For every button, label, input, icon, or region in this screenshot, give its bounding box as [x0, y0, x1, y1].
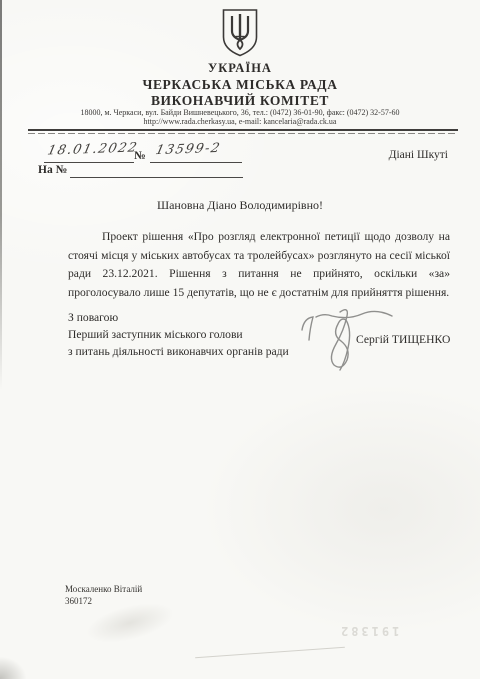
signer-title-line2: з питань діяльності виконавчих органів р…: [68, 345, 289, 359]
number-sign-label: №: [134, 150, 146, 162]
executor-phone: 360172: [65, 596, 92, 606]
letter-body-paragraph: Проект рішення «Про розгляд електронної …: [68, 228, 450, 302]
reply-to-label: На №: [38, 164, 67, 176]
closing-block: З повагою Перший заступник міського голо…: [68, 311, 289, 362]
stamp-bleedthrough-number: 191382: [338, 624, 399, 638]
signer-title-line1: Перший заступник міського голови: [68, 328, 289, 342]
letterhead-divider-dashed-line: [28, 133, 458, 134]
reply-to-blank-line: [70, 177, 243, 178]
recipient-name: Діані Шкуті: [389, 149, 448, 161]
department-name: ВИКОНАВЧИЙ КОМІТЕТ: [0, 93, 480, 109]
scanned-letter-page: УКРАЇНА ЧЕРКАСЬКА МІСЬКА РАДА ВИКОНАВЧИЙ…: [0, 0, 480, 679]
scan-edge-shadow-left: [0, 0, 2, 390]
scan-scratch-line: [195, 647, 345, 658]
scan-smudge: [82, 596, 178, 651]
scan-corner-shadow: [0, 657, 26, 679]
country-name: УКРАЇНА: [0, 61, 480, 76]
outgoing-number-field: 13599-2: [150, 142, 242, 163]
salutation: Шановна Діано Володимирівно!: [0, 198, 480, 213]
handwritten-date: 18.01.2022: [46, 140, 139, 158]
letterhead-address: 18000, м. Черкаси, вул. Байди Вишневецьк…: [0, 108, 480, 117]
tryzub-coat-of-arms-icon: [221, 8, 259, 63]
handwritten-number: 13599-2: [154, 141, 222, 158]
signer-name: Сергій ТИЩЕНКО: [356, 333, 450, 346]
organization-name: ЧЕРКАСЬКА МІСЬКА РАДА: [0, 77, 480, 93]
closing-regards: З повагою: [68, 311, 289, 325]
executor-name: Москаленко Віталій: [65, 584, 142, 594]
outgoing-date-field: 18.01.2022: [44, 142, 134, 163]
letterhead-divider-line: [28, 129, 458, 131]
letterhead-contacts: http://www.rada.cherkasy.ua, e-mail: kan…: [0, 117, 480, 126]
